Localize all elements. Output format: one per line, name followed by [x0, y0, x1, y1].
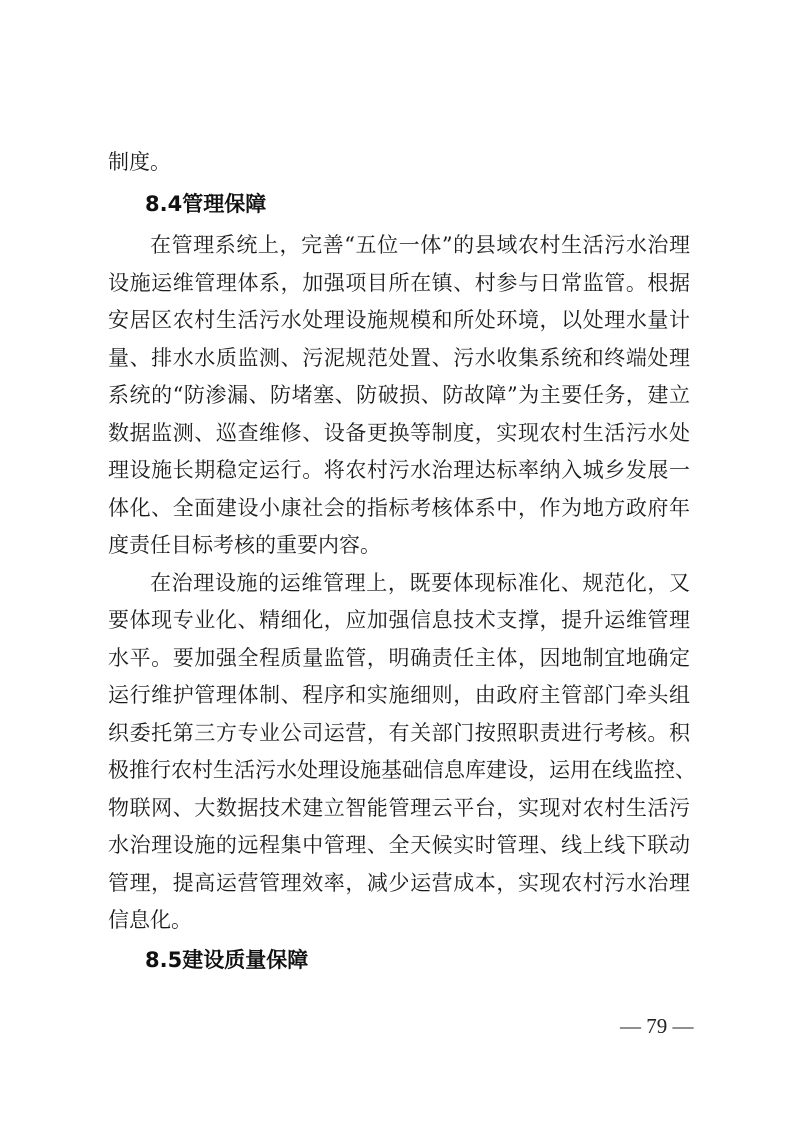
- paragraph-line: 在治理设施的运维管理上，既要体现标准化、规范化，又: [150, 568, 690, 598]
- paragraph-line: 安居区农村生活污水处理设施规模和所处环境，以处理水量计: [108, 305, 690, 335]
- paragraph-line: 系统的“防渗漏、防堵塞、防破损、防故障”为主要任务，建立: [108, 380, 690, 410]
- paragraph-line: 体化、全面建设小康社会的指标考核体系中，作为地方政府年: [108, 493, 690, 523]
- paragraph-line: 织委托第三方专业公司运营，有关部门按照职责进行考核。积: [108, 718, 690, 748]
- paragraph-line: 运行维护管理体制、程序和实施细则，由政府主管部门牵头组: [108, 680, 690, 710]
- paragraph-line: 水平。要加强全程质量监管，明确责任主体，因地制宜地确定: [108, 643, 690, 673]
- paragraph-line: 设施运维管理体系，加强项目所在镇、村参与日常监管。根据: [108, 268, 690, 298]
- paragraph-line: 信息化。: [108, 905, 690, 935]
- section-heading-8-4: 8.4管理保障: [145, 189, 266, 219]
- paragraph-line: 极推行农村生活污水处理设施基础信息库建设，运用在线监控、: [108, 755, 690, 785]
- paragraph-line: 度责任目标考核的重要内容。: [108, 530, 690, 560]
- paragraph-line: 物联网、大数据技术建立智能管理云平台，实现对农村生活污: [108, 793, 690, 823]
- paragraph-line: 数据监测、巡查维修、设备更换等制度，实现农村生活污水处: [108, 418, 690, 448]
- document-page: 制度。 8.4管理保障 在管理系统上，完善“五位一体”的县域农村生活污水治理 设…: [0, 0, 793, 1122]
- section-heading-8-5: 8.5建设质量保障: [145, 945, 308, 975]
- paragraph-line: 要体现专业化、精细化，应加强信息技术支撑，提升运维管理: [108, 605, 690, 635]
- page-number: — 79 —: [620, 1013, 694, 1039]
- paragraph-line: 量、排水水质监测、污泥规范处置、污水收集系统和终端处理: [108, 343, 690, 373]
- paragraph-line: 水治理设施的远程集中管理、全天候实时管理、线上线下联动: [108, 830, 690, 860]
- continuation-text: 制度。: [108, 147, 690, 177]
- paragraph-line: 理设施长期稳定运行。将农村污水治理达标率纳入城乡发展一: [108, 455, 690, 485]
- paragraph-line: 管理，提高运营管理效率，减少运营成本，实现农村污水治理: [108, 868, 690, 898]
- paragraph-line: 在管理系统上，完善“五位一体”的县域农村生活污水治理: [150, 230, 690, 260]
